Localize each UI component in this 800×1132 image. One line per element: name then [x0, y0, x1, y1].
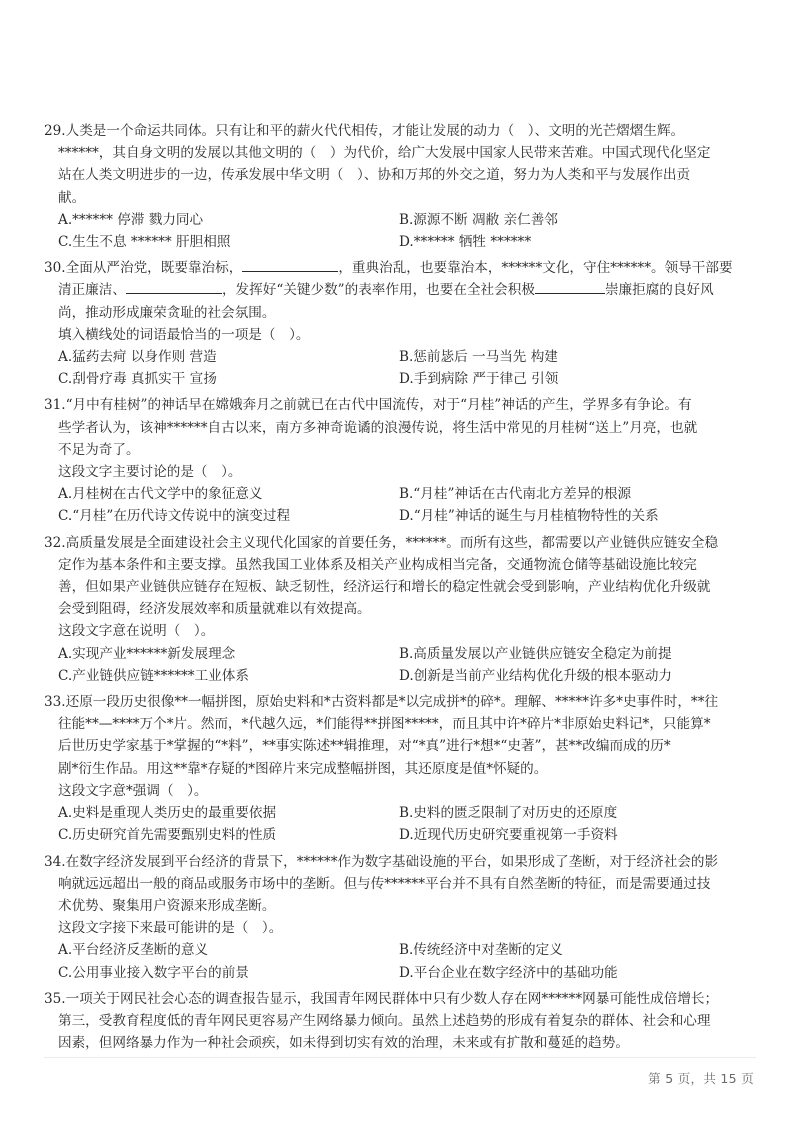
question-text-line: 站在人类文明进步的一边，传承发展中华文明（ ）、协和万邦的外交之道，努力为人类和… — [44, 164, 758, 186]
options: A.猛药去疴 以身作则 营造 B.惩前毖后 一马当先 构建 C.刮骨疗毒 真抓实… — [44, 346, 758, 390]
question-number: 35. — [44, 991, 66, 1007]
option-b[interactable]: B.史料的匮乏限制了对历史的还原度 — [399, 802, 740, 824]
question-number: 34. — [44, 854, 66, 870]
option-b[interactable]: B.“月桂”神话在古代南北方差异的根源 — [399, 483, 740, 505]
question-number: 29. — [44, 123, 66, 139]
fill-blank-2 — [126, 279, 222, 294]
question-32: 32.高质量发展是全面建设社会主义现代化国家的首要任务，******。而所有这些… — [44, 532, 758, 687]
option-c[interactable]: C.公用事业接入数字平台的前景 — [58, 962, 399, 984]
question-text-line: 因素，但网络暴力作为一种社会顽疾，如未得到切实有效的治理，未来或有扩散和蔓延的趋… — [44, 1032, 758, 1054]
question-text-line: ******，其自身文明的发展以其他文明的（ ）为代价，给广大发展中国家人民带来… — [44, 142, 758, 164]
options: A.月桂树在古代文学中的象征意义 B.“月桂”神话在古代南北方差异的根源 C.“… — [44, 483, 758, 527]
option-b[interactable]: B.高质量发展以产业链供应链安全稳定为前提 — [399, 643, 740, 665]
fill-blank-3 — [535, 279, 605, 294]
option-a[interactable]: A.猛药去疴 以身作则 营造 — [58, 346, 399, 368]
question-30: 30.全面从严治党，既要靠治标，，重典治乱，也要靠治本，******文化，守住*… — [44, 257, 758, 390]
fill-blank-1 — [242, 257, 338, 272]
page-indicator: 第 5 页，共 15 页 — [648, 1069, 754, 1087]
question-text: 人类是一个命运共同体。只有让和平的薪火代代相传，才能让发展的动力（ ）、文明的光… — [66, 123, 685, 139]
question-first-line: 35.一项关于网民社会心态的调查报告显示，我国青年网民群体中只有少数人存在网**… — [44, 988, 758, 1010]
option-a[interactable]: A.月桂树在古代文学中的象征意义 — [58, 483, 399, 505]
question-prompt: 填入横线处的词语最恰当的一项是（ ）。 — [44, 324, 758, 346]
option-a[interactable]: A.史料是重现人类历史的最重要依据 — [58, 802, 399, 824]
document-page: 29.人类是一个命运共同体。只有让和平的薪火代代相传，才能让发展的动力（ ）、文… — [0, 0, 800, 1132]
question-33: 33.还原一段历史很像**一幅拼图，原始史料和*古资料都是*以完成拼*的碎*。理… — [44, 691, 758, 846]
question-text: 在数字经济发展到平台经济的背景下，******作为数字基础设施的平台，如果形成了… — [66, 854, 719, 870]
question-text: 清正廉洁、 — [58, 282, 126, 298]
option-d[interactable]: D.“月桂”神话的诞生与月桂植物特性的关系 — [399, 505, 740, 527]
question-first-line: 34.在数字经济发展到平台经济的背景下，******作为数字基础设施的平台，如果… — [44, 851, 758, 873]
question-prompt: 这段文字接下来最可能讲的是（ ）。 — [44, 917, 758, 939]
option-d[interactable]: D.手到病除 严于律己 引领 — [399, 368, 740, 390]
option-d[interactable]: D.****** 牺牲 ****** — [399, 231, 740, 253]
question-list: 29.人类是一个命运共同体。只有让和平的薪火代代相传，才能让发展的动力（ ）、文… — [58, 120, 758, 1054]
question-29: 29.人类是一个命运共同体。只有让和平的薪火代代相传，才能让发展的动力（ ）、文… — [44, 120, 758, 253]
question-text-line: 清正廉洁、，发挥好“关键少数”的表率作用，也要在全社会积极崇廉拒腐的良好风 — [44, 279, 758, 301]
question-text-line: 献。 — [44, 187, 758, 209]
question-first-line: 33.还原一段历史很像**一幅拼图，原始史料和*古资料都是*以完成拼*的碎*。理… — [44, 691, 758, 713]
options: A.平台经济反垄断的意义 B.传统经济中对垄断的定义 C.公用事业接入数字平台的… — [44, 939, 758, 983]
question-text: “月中有桂树”的神话早在嫦娥奔月之前就已在古代中国流传，对于“月桂”神话的产生，… — [66, 397, 692, 413]
option-c[interactable]: C.产业链供应链******工业体系 — [58, 665, 399, 687]
question-35: 35.一项关于网民社会心态的调查报告显示，我国青年网民群体中只有少数人存在网**… — [44, 988, 758, 1055]
question-text-line: 术优势、聚集用户资源来形成垄断。 — [44, 895, 758, 917]
footer-divider — [44, 1057, 756, 1058]
option-a[interactable]: A.实现产业******新发展理念 — [58, 643, 399, 665]
question-text-line: 尚，推动形成廉荣贪耻的社会氛围。 — [44, 302, 758, 324]
option-a[interactable]: A.****** 停滞 戮力同心 — [58, 209, 399, 231]
question-text-line: 定作为基本条件和主要支撑。虽然我国工业体系及相关产业构成相当完备，交通物流仓储等… — [44, 554, 758, 576]
question-text-line: 往能**—****万个*片。然而，*代越久远，*们能得**拼图*****，而且其… — [44, 713, 758, 735]
option-d[interactable]: D.平台企业在数字经济中的基础功能 — [399, 962, 740, 984]
question-first-line: 32.高质量发展是全面建设社会主义现代化国家的首要任务，******。而所有这些… — [44, 532, 758, 554]
options: A.****** 停滞 戮力同心 B.源源不断 凋敝 亲仁善邻 C.生生不息 *… — [44, 209, 758, 253]
question-first-line: 29.人类是一个命运共同体。只有让和平的薪火代代相传，才能让发展的动力（ ）、文… — [44, 120, 758, 142]
question-text: 崇廉拒腐的良好风 — [605, 282, 714, 298]
question-text: ，重典治乱，也要靠治本，******文化，守住******。领导干部要 — [338, 260, 732, 276]
question-text-line: 会受到阻碍，经济发展效率和质量就难以有效提高。 — [44, 598, 758, 620]
option-a[interactable]: A.平台经济反垄断的意义 — [58, 939, 399, 961]
question-number: 30. — [44, 260, 66, 276]
option-d[interactable]: D.近现代历史研究要重视第一手资料 — [399, 824, 740, 846]
question-prompt: 这段文字意*强调（ ）。 — [44, 780, 758, 802]
options: A.实现产业******新发展理念 B.高质量发展以产业链供应链安全稳定为前提 … — [44, 643, 758, 687]
question-first-line: 31.“月中有桂树”的神话早在嫦娥奔月之前就已在古代中国流传，对于“月桂”神话的… — [44, 394, 758, 416]
question-31: 31.“月中有桂树”的神话早在嫦娥奔月之前就已在古代中国流传，对于“月桂”神话的… — [44, 394, 758, 527]
question-text: ，发挥好“关键少数”的表率作用，也要在全社会积极 — [222, 282, 535, 298]
question-text-line: 后世历史学家基于*掌握的“*料”，**事实陈述**辑推理，对“*真”进行*想*“… — [44, 735, 758, 757]
question-34: 34.在数字经济发展到平台经济的背景下，******作为数字基础设施的平台，如果… — [44, 851, 758, 984]
question-text-line: 些学者认为，该神******自古以来，南方多神奇诡谲的浪漫传说，将生活中常见的月… — [44, 417, 758, 439]
question-number: 32. — [44, 535, 66, 551]
question-first-line: 30.全面从严治党，既要靠治标，，重典治乱，也要靠治本，******文化，守住*… — [44, 257, 758, 279]
option-c[interactable]: C.历史研究首先需要甄别史料的性质 — [58, 824, 399, 846]
option-d[interactable]: D.创新是当前产业结构优化升级的根本驱动力 — [399, 665, 740, 687]
question-text: 全面从严治党，既要靠治标， — [66, 260, 243, 276]
question-prompt: 这段文字主要讨论的是（ ）。 — [44, 461, 758, 483]
option-c[interactable]: C.“月桂”在历代诗文传说中的演变过程 — [58, 505, 399, 527]
option-b[interactable]: B.传统经济中对垄断的定义 — [399, 939, 740, 961]
question-number: 33. — [44, 694, 66, 710]
options: A.史料是重现人类历史的最重要依据 B.史料的匮乏限制了对历史的还原度 C.历史… — [44, 802, 758, 846]
question-text-line: 善，但如果产业链供应链存在短板、缺乏韧性，经济运行和增长的稳定性就会受到影响，产… — [44, 576, 758, 598]
option-b[interactable]: B.惩前毖后 一马当先 构建 — [399, 346, 740, 368]
option-b[interactable]: B.源源不断 凋敝 亲仁善邻 — [399, 209, 740, 231]
option-c[interactable]: C.生生不息 ****** 肝胆相照 — [58, 231, 399, 253]
question-text-line: 响就远远超出一般的商品或服务市场中的垄断。但与传******平台并不具有自然垄断… — [44, 873, 758, 895]
question-text: 高质量发展是全面建设社会主义现代化国家的首要任务，******。而所有这些，都需… — [66, 535, 719, 551]
question-text: 还原一段历史很像**一幅拼图，原始史料和*古资料都是*以完成拼*的碎*。理解、*… — [66, 694, 719, 710]
question-number: 31. — [44, 397, 66, 413]
option-c[interactable]: C.刮骨疗毒 真抓实干 宣扬 — [58, 368, 399, 390]
question-prompt: 这段文字意在说明（ ）。 — [44, 620, 758, 642]
question-text: 一项关于网民社会心态的调查报告显示，我国青年网民群体中只有少数人存在网*****… — [66, 991, 719, 1007]
question-text-line: 第三，受教育程度低的青年网民更容易产生网络暴力倾向。虽然上述趋势的形成有着复杂的… — [44, 1010, 758, 1032]
question-text-line: 剧*衍生作品。用这**靠*存疑的*图碎片来完成整幅拼图，其还原度是值*怀疑的。 — [44, 758, 758, 780]
question-text-line: 不足为奇了。 — [44, 439, 758, 461]
